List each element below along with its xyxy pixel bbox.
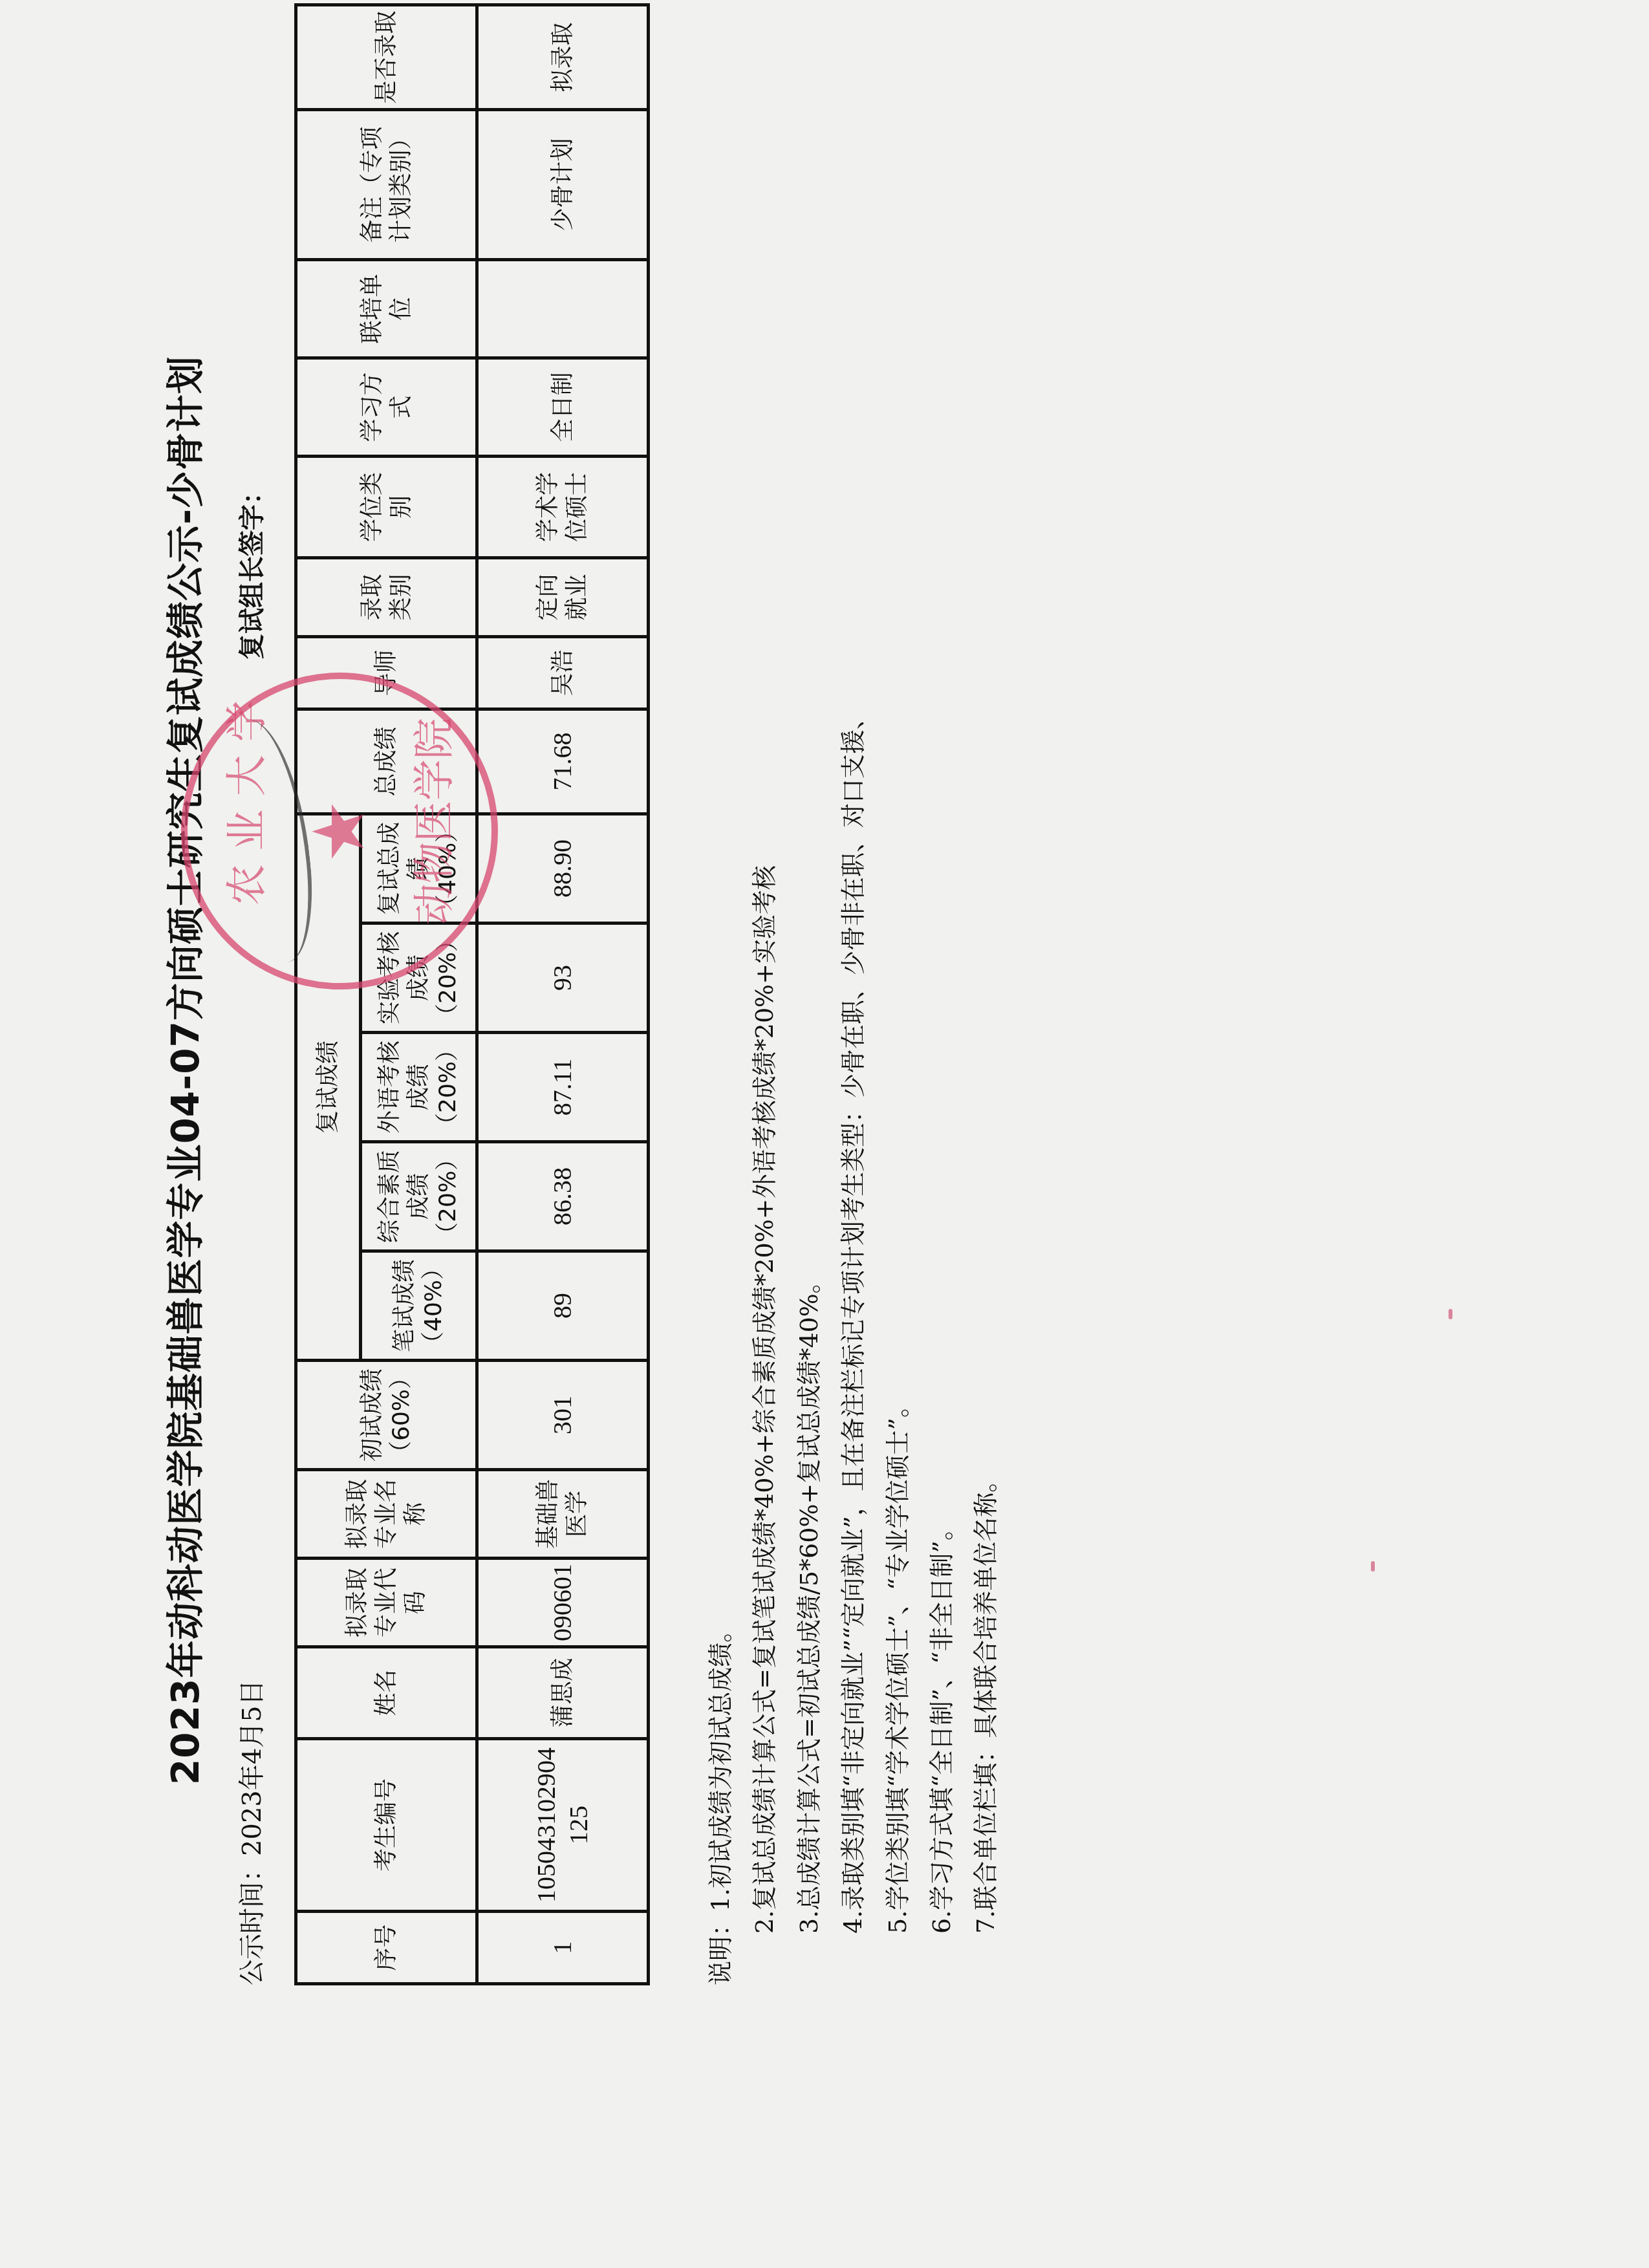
note-item-2: 2.复试总成绩计算公式=复试笔试成绩*40%+综合素质成绩*20%+外语考核成绩…	[742, 110, 786, 1985]
header-foreign-lang: 外语考核成绩（20%）	[361, 1032, 477, 1141]
note-item-1: 1.初试成绩为初试总成绩。	[706, 1618, 735, 1912]
cell-major-name: 基础兽医学	[477, 1470, 649, 1559]
publish-date: 2023年4月5日	[237, 1679, 267, 1856]
header-total: 总成绩	[296, 709, 477, 814]
note-item-6: 6.学习方式填“全日制”、“非全日制”。	[920, 110, 964, 1985]
document-page: 2023年动科动医学院基础兽医学专业04-07方向硕士研究生复试成绩公示-少骨计…	[155, 0, 1649, 1998]
cell-seq: 1	[477, 1912, 649, 1984]
cell-admit-type: 定向就业	[477, 557, 649, 636]
note-item-3: 3.总成绩计算公式=初试总成绩/5*60%+复试总成绩*40%。	[787, 110, 831, 1985]
header-comprehensive: 综合素质成绩（20%）	[361, 1141, 477, 1251]
header-exam-id: 考生编号	[296, 1739, 477, 1912]
header-remark: 备注（专项计划类别）	[296, 109, 477, 259]
header-major-name: 拟录取专业名称	[296, 1470, 477, 1559]
cell-advisor: 吴浩	[477, 636, 649, 709]
cell-written: 89	[477, 1251, 649, 1360]
notes-lead: 说明：	[706, 1912, 735, 1985]
header-lab: 实验考核成绩（20%）	[361, 923, 477, 1032]
cell-foreign-lang: 87.11	[477, 1032, 649, 1141]
cell-study-mode: 全日制	[477, 358, 649, 456]
cell-admitted: 拟录取	[477, 5, 649, 109]
table-row: 1 105043102904125 蒲思成 090601 基础兽医学 301 8…	[477, 5, 649, 1983]
cell-total: 71.68	[477, 709, 649, 814]
note-item-5: 5.学位类别填“学术学位硕士”、“专业学位硕士”。	[876, 110, 920, 1985]
cell-exam-id: 105043102904125	[477, 1739, 649, 1912]
ink-speck	[1449, 1309, 1452, 1319]
header-joint-unit: 联培单位	[296, 259, 477, 358]
header-advisor: 导师	[296, 636, 477, 709]
notes-section: 说明：1.初试成绩为初试总成绩。 2.复试总成绩计算公式=复试笔试成绩*40%+…	[698, 110, 1008, 1985]
header-admit-type: 录取类别	[296, 557, 477, 636]
header-prelim-score: 初试成绩（60%）	[296, 1360, 477, 1469]
header-degree-type: 学位类别	[296, 456, 477, 557]
ink-speck	[1371, 1561, 1375, 1571]
header-seq: 序号	[296, 1912, 477, 1984]
cell-retest-total: 88.90	[477, 814, 649, 923]
header-name: 姓名	[296, 1647, 477, 1739]
signature-label: 复试组长签字：	[232, 479, 268, 660]
document-title: 2023年动科动医学院基础兽医学专业04-07方向硕士研究生复试成绩公示-少骨计…	[155, 142, 210, 1998]
publish-time: 公示时间：2023年4月5日	[232, 1679, 268, 1985]
header-study-mode: 学习方式	[296, 358, 477, 456]
cell-lab: 93	[477, 923, 649, 1032]
header-major-code: 拟录取专业代码	[296, 1559, 477, 1647]
header-written: 笔试成绩（40%）	[361, 1251, 477, 1360]
cell-joint-unit	[477, 259, 649, 358]
cell-prelim-score: 301	[477, 1360, 649, 1469]
cell-major-code: 090601	[477, 1559, 649, 1647]
table-header-row: 序号 考生编号 姓名 拟录取专业代码 拟录取专业名称 初试成绩（60%） 复试成…	[296, 5, 361, 1983]
cell-name: 蒲思成	[477, 1647, 649, 1739]
cell-remark: 少骨计划	[477, 109, 649, 259]
meta-row: 公示时间：2023年4月5日 复试组长签字：	[232, 175, 270, 1985]
publish-time-label: 公示时间：	[237, 1856, 267, 1985]
header-retest-total: 复试总成绩（40%）	[361, 814, 477, 923]
note-item-4: 4.录取类别填“非定向就业”“定向就业”，且在备注栏标记专项计划考生类型：少骨在…	[831, 110, 875, 1985]
note-item-7: 7.联合单位栏填：具体联合培养单位名称。	[964, 110, 1008, 1985]
cell-comprehensive: 86.38	[477, 1141, 649, 1251]
header-admitted: 是否录取	[296, 5, 477, 109]
score-table: 序号 考生编号 姓名 拟录取专业代码 拟录取专业名称 初试成绩（60%） 复试成…	[294, 3, 650, 1985]
cell-degree-type: 学术学位硕士	[477, 456, 649, 557]
